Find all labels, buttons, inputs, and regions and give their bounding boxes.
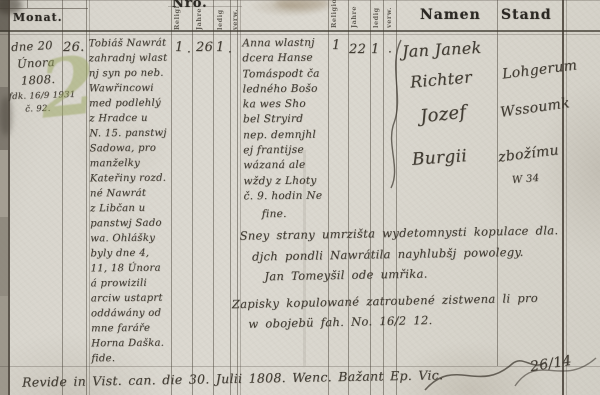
entry-number: 26.: [63, 40, 85, 55]
column-header-stand: Stand: [501, 7, 552, 23]
subheader-ledig: ledig: [216, 7, 224, 30]
handwriting-line: né Nawrát: [90, 186, 169, 202]
witness-name: Richter: [409, 67, 472, 91]
stat-value: 22: [349, 42, 366, 57]
stat-value: 26: [196, 40, 213, 55]
handwriting-line: mne faráře: [91, 321, 170, 337]
handwriting-line: wa. Ohlášky: [90, 231, 169, 247]
stat-value: 1: [175, 40, 184, 55]
header-bottom-rule: [0, 30, 600, 32]
handwriting-line: bel Stryird: [243, 112, 322, 128]
handwriting-line: panstwj Sado: [90, 216, 169, 232]
handwriting-line: 11, 18 Února: [91, 261, 170, 277]
grid-line-vertical: [8, 0, 10, 395]
handwriting-line: z Hradce u: [89, 111, 168, 127]
handwriting-line: oddáwány od: [91, 306, 170, 322]
subheader-religion: Religion: [330, 0, 338, 28]
left-margin-edge: [0, 0, 8, 395]
stat-value: ·: [228, 45, 232, 59]
witness-name: Burgii: [411, 146, 467, 170]
handwriting-line: nep. demnjhl: [243, 127, 322, 143]
handwriting-line: fine.: [262, 207, 323, 223]
handwriting-line: med podlehlý: [89, 96, 168, 112]
subheader-jahre: Jahre: [195, 7, 203, 30]
handwriting-line: Anna wlastnj: [242, 36, 321, 52]
handwriting-line: dcera Hanse: [242, 51, 321, 67]
signature-flourish: [420, 348, 600, 395]
handwriting-line: manželky: [90, 156, 169, 172]
groom-entry-text: Tobiáš Nawrátzahradnj wlastnj syn po neb…: [89, 36, 170, 367]
handwriting-line: ka wes Sho: [243, 97, 322, 113]
handwriting-line: wždy z Lhoty: [243, 173, 322, 189]
handwriting-line: Kateřiny rozd.: [90, 171, 169, 187]
handwriting-line: z Libčan u: [90, 201, 169, 217]
handwriting-line: byly dne 4,: [90, 246, 169, 262]
grid-line-vertical: [27, 0, 28, 8]
grid-line-vertical: [230, 0, 231, 395]
subheader-verwitwet: verw.: [385, 0, 393, 28]
grid-line-vertical: [171, 0, 172, 395]
paper-stain: [275, 0, 330, 10]
witness-name: Jan Janek: [402, 38, 482, 61]
handwriting-line: Tomáspodt ča: [242, 66, 321, 82]
witness-stand: Wssoumk: [499, 95, 571, 121]
grid-line-vertical: [192, 0, 193, 395]
grid-line-horizontal: [0, 0, 600, 1]
grid-line-horizontal: [0, 8, 88, 9]
grid-line-vertical: [328, 0, 329, 395]
subheader-ledig: ledig: [372, 0, 380, 28]
grid-line-vertical: [240, 0, 241, 395]
grid-line-vertical: [348, 0, 349, 395]
handwriting-line: ej frantijse: [243, 143, 322, 159]
banns-paragraph: Sney strany umrzišta wydetomnysti kopula…: [239, 220, 559, 287]
stat-value: 1: [216, 40, 225, 55]
handwriting-line: Horna Daška.: [91, 336, 170, 352]
handwriting-line: Wawřincowi: [89, 81, 168, 97]
stat-value: 1: [332, 38, 341, 53]
grid-line-vertical: [237, 0, 238, 395]
register-scan-page: Monat. Nro. Namen Stand Religion Jahre l…: [0, 0, 600, 395]
column-header-namen: Namen: [420, 7, 481, 23]
handwriting-line: á prowizili: [91, 276, 170, 292]
handwriting-line: Jan Tomeyšil ode umřika.: [264, 261, 559, 287]
witness-stand: zbožímu: [497, 142, 560, 165]
handwriting-line: Sadowa, pro: [89, 141, 168, 157]
witness-stand: W 34: [512, 173, 540, 186]
handwriting-line: N. 15. panstwj: [89, 126, 168, 142]
grid-line-vertical: [370, 0, 371, 395]
handwriting-line: č. 9. hodin Ne: [244, 189, 323, 205]
handwriting-line: zahradnj wlast: [89, 51, 168, 67]
grid-line-vertical: [383, 0, 384, 395]
handwriting-line: arciw ustaprt: [91, 291, 170, 307]
handwriting-line: Tobiáš Nawrát: [89, 36, 168, 52]
grid-line-vertical: [213, 0, 214, 395]
witness-name: Jozef: [419, 102, 467, 128]
handwriting-line: fide.: [91, 351, 170, 367]
subheader-jahre: Jahre: [350, 0, 358, 28]
handwriting-line: nj syn po neb.: [89, 66, 168, 82]
subheader-verwitwet: verw.: [231, 7, 239, 30]
stat-value: 1: [371, 42, 380, 57]
bride-entry-text: Anna wlastnjdcera HanseTomáspodt čaledné…: [242, 36, 322, 223]
handwriting-line: wázaná ale: [243, 158, 322, 174]
handwriting-line: ledného Bošo: [243, 82, 322, 98]
column-header-monat: Monat.: [13, 11, 63, 24]
stat-value: ·: [187, 45, 191, 59]
subheader-religion: Religion: [173, 7, 181, 30]
registry-note-paragraph: Zapisky kopulowané zatroubené zistwena l…: [232, 288, 539, 334]
